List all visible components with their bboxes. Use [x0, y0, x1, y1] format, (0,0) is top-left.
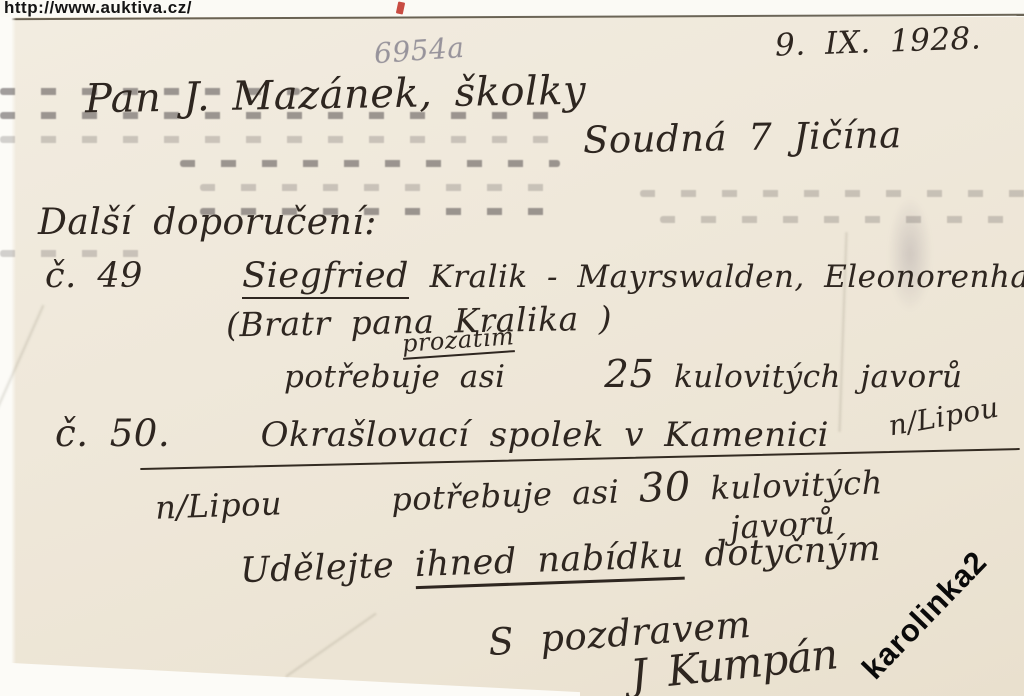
item-49-quantity-number: 25	[604, 352, 654, 397]
request-post: dotyčným	[704, 529, 882, 575]
item-50-line2-pre: potřebuje asi	[391, 473, 620, 519]
handwritten-date: 9. IX. 1928.	[774, 20, 981, 63]
item-50-line2-text: kulovitých	[710, 463, 884, 507]
item-50-line: č. 50. Okrašlovací spolek v Kamenici	[55, 412, 829, 455]
item-49-line: č. 49 Siegfried Kralik - Mayrswalden, El…	[45, 256, 1024, 296]
red-edge-mark	[396, 1, 405, 14]
item-49-need-line: potřebuje asi prozatím 25 kulovitých jav…	[284, 352, 962, 397]
item-50-line2-place: n/Lipou	[155, 484, 283, 526]
item-49-need-mid: asi	[460, 359, 506, 395]
item-49-number: č. 49	[45, 256, 143, 296]
item-50-line2-number: 30	[638, 464, 691, 512]
item-50-name: Okrašlovací spolek v Kamenici	[261, 415, 829, 455]
postmark-dashes	[200, 184, 560, 191]
address-line-1: Pan J. Mazánek, školky	[85, 68, 587, 123]
item-49-quantity-text: kulovitých javorů	[674, 359, 962, 395]
pencil-catalog-number: 6954a	[373, 31, 466, 70]
postcard-scan: http://www.auktiva.cz/ karolinka2 6954a …	[0, 0, 1024, 696]
postmark-dashes	[0, 136, 560, 143]
request-pre: Udělejte	[239, 546, 394, 591]
recommendations-heading: Další doporučení:	[38, 202, 377, 243]
postmark-dashes	[660, 216, 1024, 223]
address-line-2: Soudná 7 Jičína	[583, 113, 902, 162]
postmark-dashes	[180, 160, 560, 167]
item-49-name-underlined: Siegfried	[242, 256, 409, 299]
item-49-name-rest: Kralik - Mayrswalden, Eleonorenhai.	[430, 259, 1024, 295]
postmark-dashes	[640, 190, 1024, 197]
source-url-watermark: http://www.auktiva.cz/	[4, 0, 192, 18]
item-49-need-pre: potřebuje	[284, 359, 440, 395]
item-49-insertion: prozatím	[401, 322, 515, 360]
request-underlined: ihned nabídku	[414, 536, 685, 589]
item-50-number: č. 50.	[55, 412, 170, 455]
